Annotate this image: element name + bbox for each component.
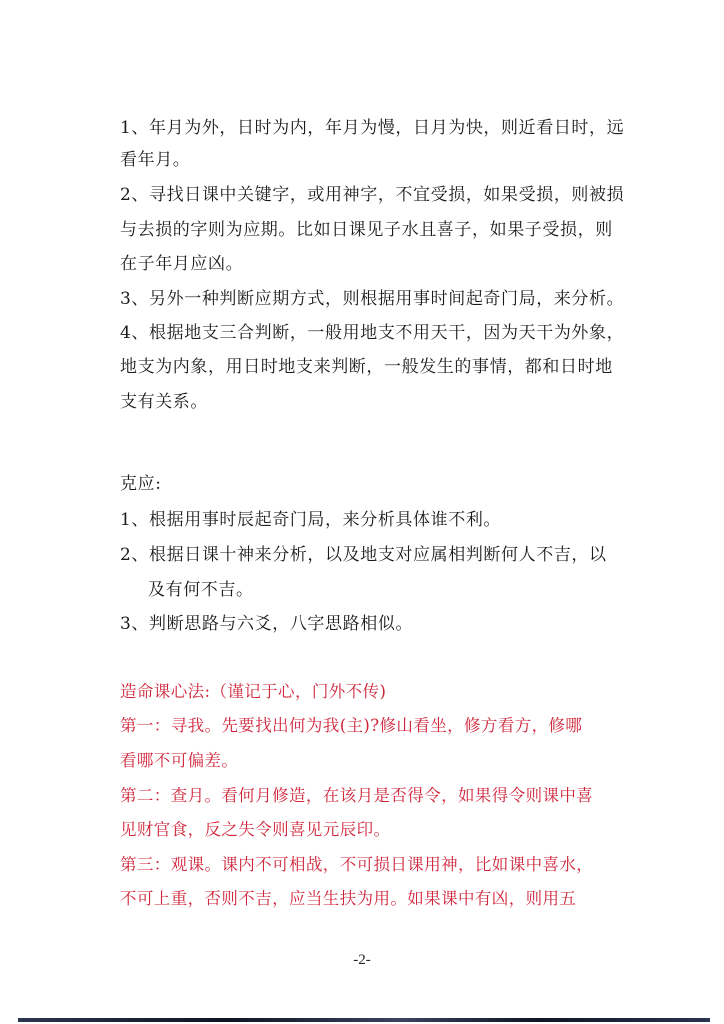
text-line: 地支为内象，用日时地支来判断，一般发生的事情，都和日时地: [120, 357, 613, 377]
text-line-red: 不可上重，否则不吉，应当生扶为用。如果课中有凶，则用五: [120, 889, 576, 909]
text-line: 1、年月为外，日时为内，年月为慢，日月为快，则近看日时，远: [120, 118, 624, 138]
text-line-red: 第三：观课。课内不可相战，不可损日课用神，比如课中喜水，: [120, 855, 593, 875]
text-line-red: 见财官食，反之失令则喜见元辰印。: [120, 820, 390, 840]
text-line: 在子年月应凶。: [120, 254, 243, 274]
text-line: 2、寻找日课中关键字，或用神字，不宜受损，如果受损，则被损: [120, 185, 624, 205]
text-line: 3、另外一种判断应期方式，则根据用事时间起奇门局，来分析。: [120, 289, 624, 309]
scan-edge-bar: [18, 1018, 710, 1022]
text-line-red: 第一：寻我。先要找出何为我(主)?修山看坐，修方看方，修哪: [120, 716, 582, 736]
text-line-red: 第二：查月。看何月修造，在该月是否得令，如果得令则课中喜: [120, 786, 593, 806]
text-line-red: 看哪不可偏差。: [120, 751, 238, 771]
text-line: 看年月。: [120, 150, 190, 170]
text-line: 与去损的字则为应期。比如日课见子水且喜子，如果子受损，则: [120, 220, 613, 240]
section-heading: 克应:: [120, 474, 162, 494]
document-page: 1、年月为外，日时为内，年月为慢，日月为快，则近看日时，远 看年月。 2、寻找日…: [0, 0, 724, 1024]
text-line: 2、根据日课十神来分析，以及地支对应属相判断何人不吉，以: [120, 545, 607, 565]
page-number: -2-: [0, 952, 724, 969]
section-heading-red: 造命课心法:（谨记于心，门外不传): [120, 682, 386, 702]
text-line: 支有关系。: [120, 392, 208, 412]
text-line: 及有何不吉。: [148, 580, 254, 600]
text-line: 1、根据用事时辰起奇门局，来分析具体谁不利。: [120, 510, 501, 530]
text-line: 4、根据地支三合判断，一般用地支不用天干，因为天干为外象，: [120, 323, 624, 343]
text-line: 3、判断思路与六爻，八字思路相似。: [120, 614, 413, 634]
